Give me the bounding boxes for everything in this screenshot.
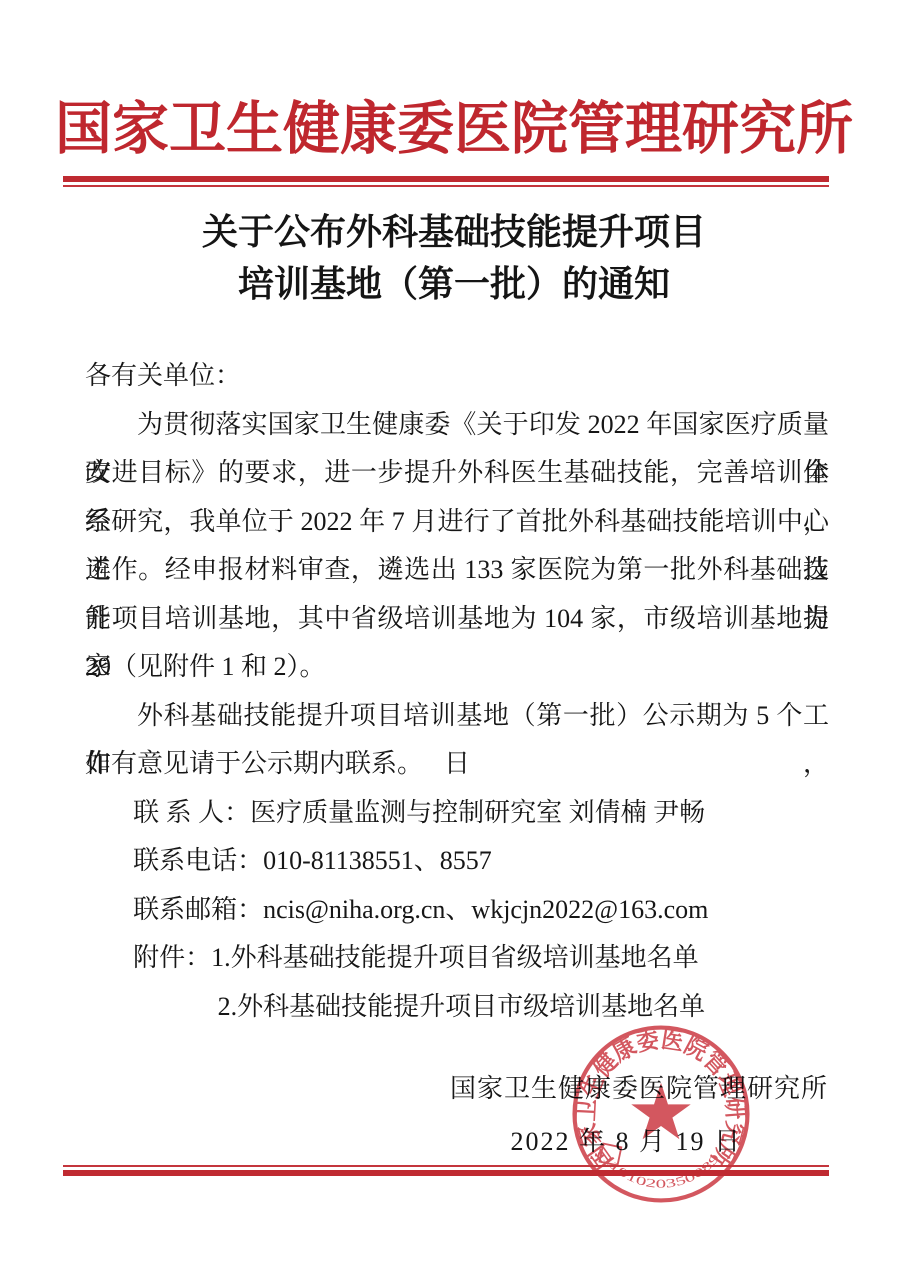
letterhead-divider [63, 176, 829, 187]
paragraph1-line1: 为贯彻落实国家卫生健康委《关于印发 2022 年国家医疗质量安全 [85, 401, 829, 450]
signature-date: 2022 年 8 月 19 日 [510, 1121, 742, 1158]
paragraph1-line6: 家（见附件 1 和 2）。 [85, 643, 829, 692]
notice-title: 关于公布外科基础技能提升项目 培训基地（第一批）的通知 [0, 206, 908, 310]
paragraph1-line3: 经研究，我单位于 2022 年 7 月进行了首批外科基础技能培训中心遴选 [85, 498, 829, 547]
paragraph1-line4: 工作。经申报材料审查，遴选出 133 家医院为第一批外科基础技能提 [85, 546, 829, 595]
salutation-line: 各有关单位： [85, 352, 829, 401]
footer-divider [63, 1165, 829, 1176]
paragraph1-line2: 改进目标》的要求，进一步提升外科医生基础技能，完善培训体系， [85, 449, 829, 498]
paragraph2-line1: 外科基础技能提升项目培训基地（第一批）公示期为 5 个工作日， [85, 692, 829, 741]
official-seal: 国家卫生健康委医院管理研究所 1101020350089 [569, 1022, 753, 1206]
divider-thin-line [63, 185, 829, 187]
attachment-line-2: 2.外科基础技能提升项目市级培训基地名单 [85, 983, 829, 1032]
notice-document-page: 国家卫生健康委医院管理研究所 关于公布外科基础技能提升项目 培训基地（第一批）的… [0, 0, 908, 1268]
notice-title-line1: 关于公布外科基础技能提升项目 [0, 206, 908, 258]
letterhead-title: 国家卫生健康委医院管理研究所 [0, 94, 908, 166]
notice-body: 各有关单位： 为贯彻落实国家卫生健康委《关于印发 2022 年国家医疗质量安全 … [85, 352, 829, 1031]
signature-organization: 国家卫生健康委医院管理研究所 [450, 1068, 828, 1105]
attachment-line-1: 附件：1.外科基础技能提升项目省级培训基地名单 [85, 934, 829, 983]
contact-email-line: 联系邮箱：ncis@niha.org.cn、wkjcjn2022@163.com [85, 886, 829, 935]
paragraph1-line5: 升项目培训基地，其中省级培训基地为 104 家，市级培训基地为 29 [85, 595, 829, 644]
notice-title-line2: 培训基地（第一批）的通知 [0, 258, 908, 310]
contact-person-line: 联 系 人：医疗质量监测与控制研究室 刘倩楠 尹畅 [85, 789, 829, 838]
contact-phone-line: 联系电话：010-81138551、8557 [85, 837, 829, 886]
footer-thick-line [63, 1170, 829, 1176]
